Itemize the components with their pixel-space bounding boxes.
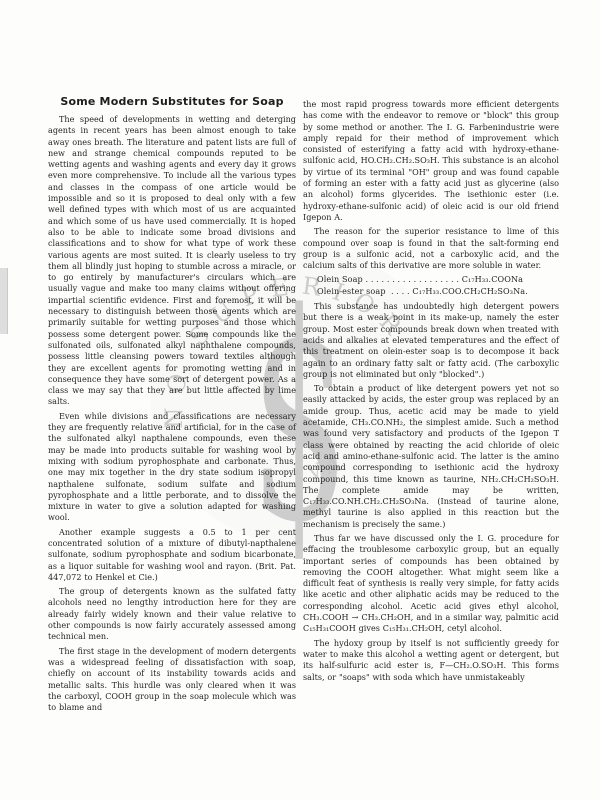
right-column: the most rapid progress towards more eff… <box>303 99 559 686</box>
paragraph: The group of detergents known as the sul… <box>48 586 296 642</box>
paragraph: This substance has undoubtedly high dete… <box>303 301 559 380</box>
paragraph: The hydoxy group by itself is not suffic… <box>303 638 559 683</box>
article-body: Some Modern Substitutes for Soap The spe… <box>0 0 600 800</box>
paragraph: Thus far we have discussed only the I. G… <box>303 533 559 635</box>
paragraph: To obtain a product of like detergent po… <box>303 383 559 530</box>
paragraph: The first stage in the development of mo… <box>48 646 296 714</box>
left-column: Some Modern Substitutes for Soap The spe… <box>48 95 296 716</box>
paragraph: The speed of developments in wetting and… <box>48 114 296 408</box>
formula-line-olein-ester-soap: Olein-ester soap . . . . C₁₇H₃₃.COO.CH₂C… <box>317 286 559 297</box>
scanned-document-page: NO SUPERIOR $ VA Some Modern Substitutes… <box>0 0 600 800</box>
formula-block: Olein Soap . . . . . . . . . . . . . . .… <box>317 274 559 297</box>
paragraph: The reason for the superior resistance t… <box>303 226 559 271</box>
paragraph: Even while divisions and classifications… <box>48 411 296 524</box>
article-title: Some Modern Substitutes for Soap <box>48 95 296 108</box>
paragraph: Another example suggests a 0.5 to 1 per … <box>48 527 296 583</box>
paragraph: the most rapid progress towards more eff… <box>303 99 559 223</box>
formula-line-olein-soap: Olein Soap . . . . . . . . . . . . . . .… <box>317 274 559 285</box>
